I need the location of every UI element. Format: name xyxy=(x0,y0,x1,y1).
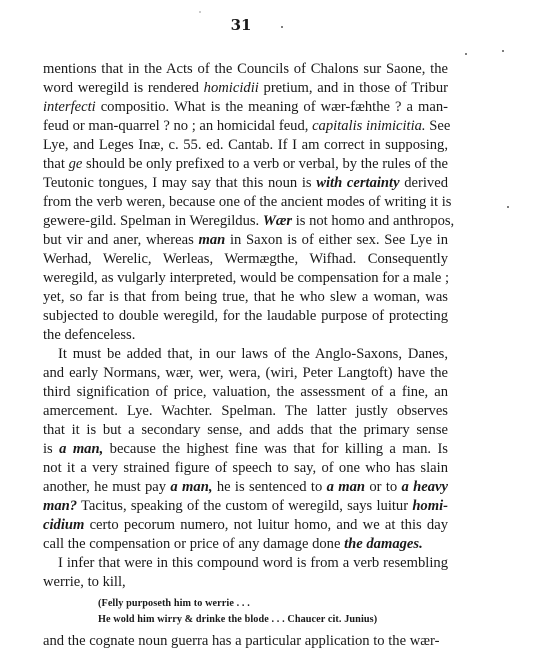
emphasis-term: a man, xyxy=(170,479,212,495)
body-line: and early Normans, wær, wer, wera, (wiri… xyxy=(43,364,448,383)
body-line: not it a very strained figure of speech … xyxy=(43,459,448,478)
italic-term: capitalis inimicitia. xyxy=(312,118,426,134)
block-quote: (Felly purposeth him to werrie . . . He … xyxy=(43,596,448,628)
body-line: that ge should be only prefixed to a ver… xyxy=(43,155,448,174)
emphasis-term: the damages. xyxy=(344,536,423,552)
body-line: cidium certo pecorum numero, not luitur … xyxy=(43,516,448,535)
scan-speck xyxy=(281,26,283,28)
body-line: amercement. Lye. Wachter. Spelman. The l… xyxy=(43,402,448,421)
page-body: mentions that in the Acts of the Council… xyxy=(43,60,448,651)
scan-speck xyxy=(502,50,504,52)
body-line: I infer that were in this compound word … xyxy=(43,554,448,573)
body-line: third signification of price, valuation,… xyxy=(43,383,448,402)
scan-speck xyxy=(507,206,509,208)
body-line: another, he must pay a man, he is senten… xyxy=(43,478,448,497)
emphasis-term: a man, xyxy=(59,441,103,457)
emphasis-term: man xyxy=(198,232,225,248)
italic-term: interfecti xyxy=(43,99,96,115)
body-line: Teutonic tongues, I may say that this no… xyxy=(43,174,448,193)
quote-line: (Felly purposeth him to werrie . . . xyxy=(43,596,448,612)
body-line: the defenceless. xyxy=(43,326,448,345)
body-line: call the compensation or price of any da… xyxy=(43,535,448,554)
body-line-final: and the cognate noun guerra has a partic… xyxy=(43,632,448,651)
body-line: that it is but a secondary sense, and ad… xyxy=(43,421,448,440)
body-line: feud or man-quarrel ? no ; an homicidal … xyxy=(43,117,448,136)
body-line: but vir and aner, whereas man in Saxon i… xyxy=(43,231,448,250)
body-line: from the verb weren, because one of the … xyxy=(43,193,448,212)
emphasis-term: a heavy xyxy=(402,479,448,495)
page-number: 31 xyxy=(0,16,482,34)
body-line: mentions that in the Acts of the Council… xyxy=(43,60,448,79)
emphasis-term: cidium xyxy=(43,517,84,533)
body-line: Lye, and Leges Inæ, c. 55. ed. Cantab. I… xyxy=(43,136,448,155)
body-line: subjected to double weregild, for the la… xyxy=(43,307,448,326)
body-line: word weregild is rendered homicidii pret… xyxy=(43,79,448,98)
body-line: is a man, because the highest fine was t… xyxy=(43,440,448,459)
scan-speck xyxy=(199,11,201,13)
quote-line: He wold him wirry & drinke the blode . .… xyxy=(43,612,448,628)
body-line: yet, so far is that from being true, tha… xyxy=(43,288,448,307)
body-line: Werhad, Werelic, Werleas, Wermægthe, Wif… xyxy=(43,250,448,269)
emphasis-term: Wær xyxy=(263,213,292,229)
body-text: mentions that in the Acts of the Council… xyxy=(43,60,448,592)
italic-term: ge xyxy=(69,156,83,172)
emphasis-term: with certainty xyxy=(316,175,399,191)
body-line: gewere-gild. Spelman in Weregildus. Wær … xyxy=(43,212,448,231)
scan-speck xyxy=(465,53,467,55)
body-line: weregild, as vulgarly interpreted, would… xyxy=(43,269,448,288)
body-line: It must be added that, in our laws of th… xyxy=(43,345,448,364)
italic-term: homicidii xyxy=(204,80,259,96)
body-line: werrie, to kill, xyxy=(43,573,448,592)
body-line: man? Tacitus, speaking of the custom of … xyxy=(43,497,448,516)
emphasis-term: homi- xyxy=(412,498,448,514)
body-line: interfecti compositio. What is the meani… xyxy=(43,98,448,117)
emphasis-term: a man xyxy=(327,479,365,495)
emphasis-term: man? xyxy=(43,498,77,514)
